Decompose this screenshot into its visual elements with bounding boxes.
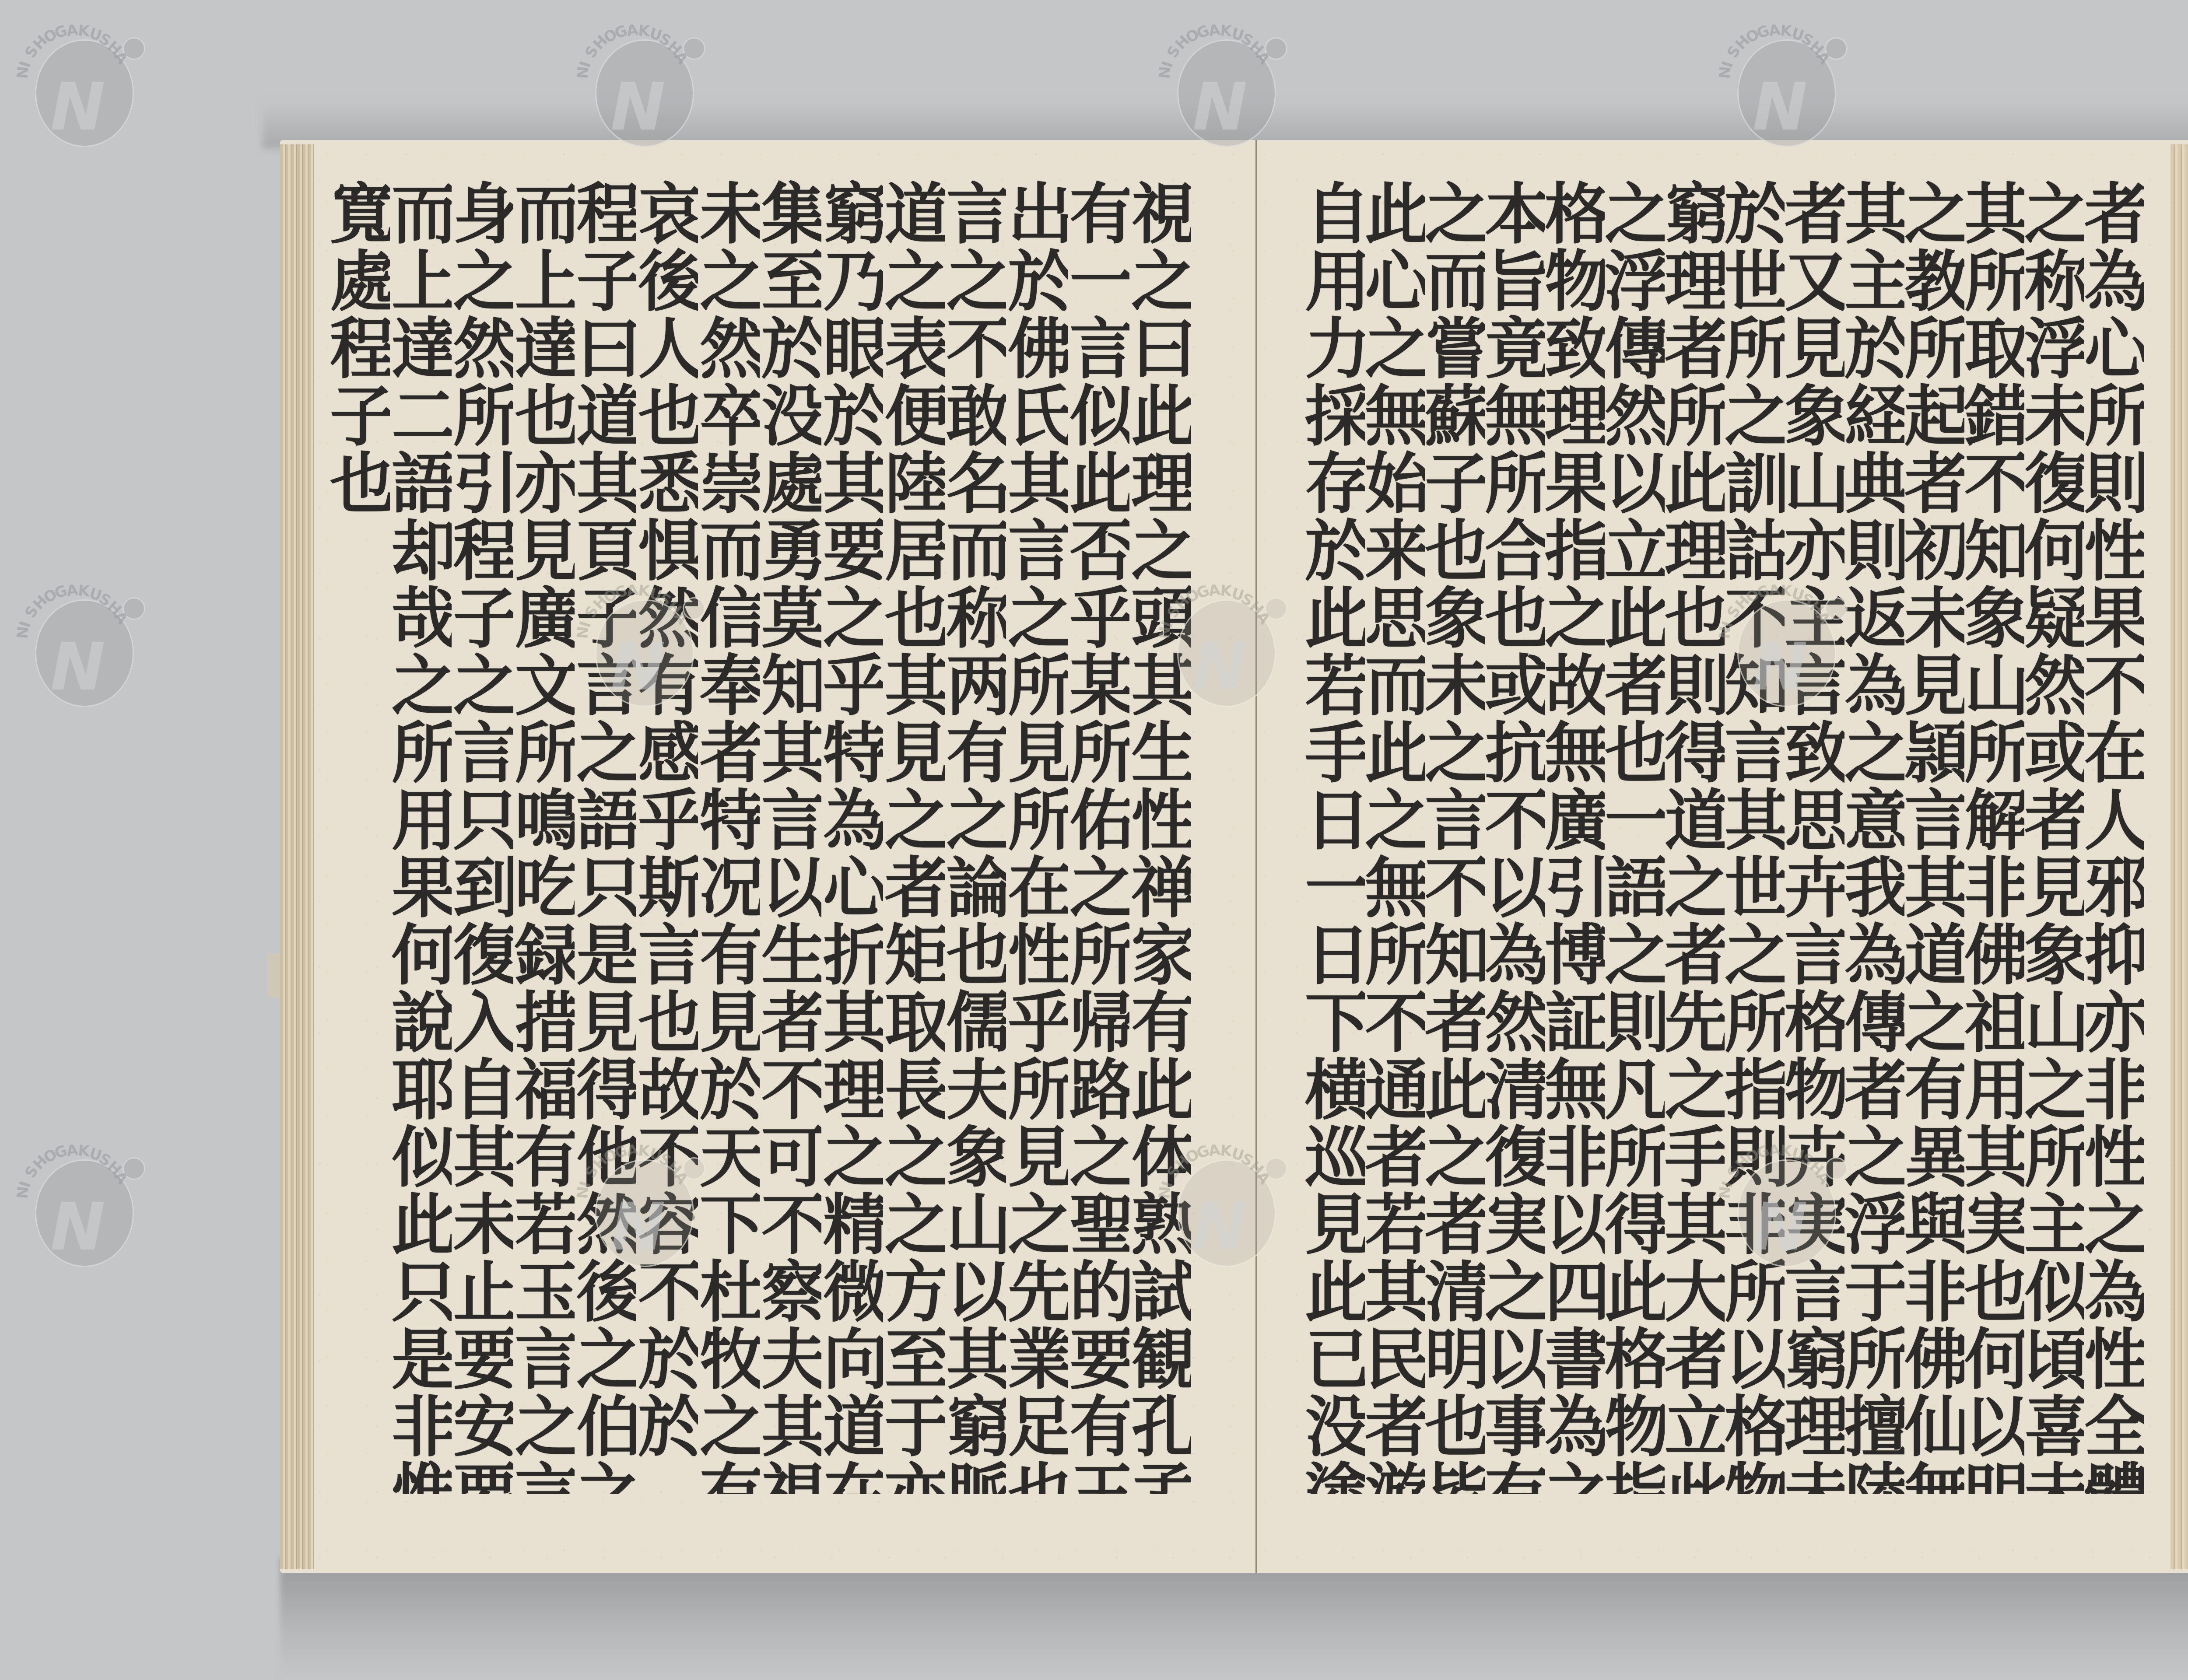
left-page-text: 視之曰此理之頭其生性禅家有此体熟試観孔孟之言所授受而 有一言似此否乎某所佑之所帰…	[328, 179, 1191, 1494]
right-fore-edge	[2170, 144, 2188, 1569]
right-page-text: 者為心所則性果不在人邪抑亦非性之為性全體大用無以為道矣 之称浮未復何疑然或者見象…	[1305, 179, 2144, 1494]
text-column: 而上達二語却哉之所用果何說耶似此只是非惟無以立學出究之程不究	[390, 179, 452, 1494]
text-column: 其所取錯不知象山所解非佛祖用其実也何以明之是書中但言	[1964, 179, 2024, 1494]
text-column: 之称浮未復何疑然或者見象山之所主似頃喜未嘗不以為禅浮非	[2024, 179, 2084, 1494]
open-manuscript: 視之曰此理之頭其生性禅家有此体熟試観孔孟之言所授受而 有一言似此否乎某所佑之所帰…	[280, 140, 2188, 1573]
text-column: 出於佛氏其言之所見所在性乎所見之先業足也三言能知其深不究	[1006, 179, 1068, 1494]
text-column: 之教所起者初未見頴言其道之有異與非佛仙無二道而	[1904, 179, 1964, 1494]
text-column: 未之然卒崇而信奉者特况有見於天下杜牧之有言其使後人而後	[698, 179, 760, 1494]
text-column: 哀後人也悉惧然有感乎斯言也故不容不於於	[636, 179, 698, 1494]
text-column: 視之曰此理之頭其生性禅家有此体熟試観孔孟之言所授受而	[1129, 179, 1191, 1494]
book-bottom-shadow	[280, 1557, 2188, 1680]
text-column: 此心之無始来思而此之無所不通者若其民者游象山安生眼	[1365, 179, 1425, 1494]
text-column: 者為心所則性果不在人邪抑亦非性之為性全體大用無以為道矣	[2084, 179, 2144, 1494]
text-column: 言之不敢名而称两有之論也儒夫象山以其窮脈絡大之道為言所	[945, 179, 1006, 1494]
text-column: 道之表便陸居也其見之者矩取長之之方至于亦其所至何可乎也	[883, 179, 945, 1494]
text-column-final: 寬處程子也	[328, 179, 390, 1494]
text-column: 集至於没處勇莫知其言以生者不可不察夫其視之儒至於何	[760, 179, 821, 1494]
text-column: 本旨竟無所合也或抗不以為然清復実之以事有揚閣者象山	[1485, 179, 1545, 1494]
right-page: 者為心所則性果不在人邪抑亦非性之為性全體大用無以為道矣 之称浮未復何疑然或者見象…	[1257, 140, 2188, 1573]
watermark-logo-icon: NNISHOGAKUSHA	[9, 1133, 140, 1264]
text-column: 之而嘗蘇子也象未之言不知者此之者清明也皆	[1425, 179, 1485, 1494]
text-column: 格物致理果指之故無廣引博証無非以四書為之祝於之聖賢	[1545, 179, 1605, 1494]
text-column: 窮理者所此理也則得道之者先之手其大者立此者也国此卑	[1665, 179, 1725, 1494]
watermark-label: NISHOGAKUSHA	[9, 1133, 140, 1264]
text-column: 其主於経典則返為之意我為傳者之浮于所擅陸用其実者也或	[1844, 179, 1904, 1494]
text-column: 身之然所引程子之言只到復入自其未止要安要世自所以下学	[452, 179, 513, 1494]
text-column: 自用力採存於此若手日一日下横巡見此已没塗至象山自道而	[1305, 179, 1365, 1494]
text-column: 於世所之訓詁不知言其世之所指則非所以格物致知若格此物致此知也	[1725, 179, 1785, 1494]
left-fore-edge	[280, 144, 314, 1569]
watermark-label: NISHOGAKUSHA	[9, 13, 140, 144]
text-column: 之浮傳然以立此者也一語之則凡所得此格物指之之言也聖経之所謂	[1605, 179, 1665, 1494]
text-column: 程子曰道其頁子言之語只是見得他然後之伯之夫復即未自勤非向上而学	[575, 179, 636, 1494]
watermark-label: NISHOGAKUSHA	[9, 573, 140, 704]
text-column: 者又見象山亦主言致思卉言格物卉実言窮理未嘗不以為無据	[1785, 179, 1844, 1494]
page-tab-marker	[268, 954, 281, 997]
watermark-logo-icon: NNISHOGAKUSHA	[9, 13, 140, 144]
watermark-logo-icon: NNISHOGAKUSHA	[9, 573, 140, 704]
text-column: 有一言似此否乎某所佑之所帰路之聖的要有玉是其常不能為之	[1068, 179, 1129, 1494]
left-page: 視之曰此理之頭其生性禅家有此体熟試観孔孟之言所授受而 有一言似此否乎某所佑之所帰…	[280, 140, 1257, 1573]
text-column: 而上達也亦見廣文所鳴吃録措福有若玉言之言程子得之程子之後陸	[513, 179, 575, 1494]
text-column: 窮乃眼於其要之乎特為心折其理之精微向道在勤而勿勿卸莫	[821, 179, 883, 1494]
